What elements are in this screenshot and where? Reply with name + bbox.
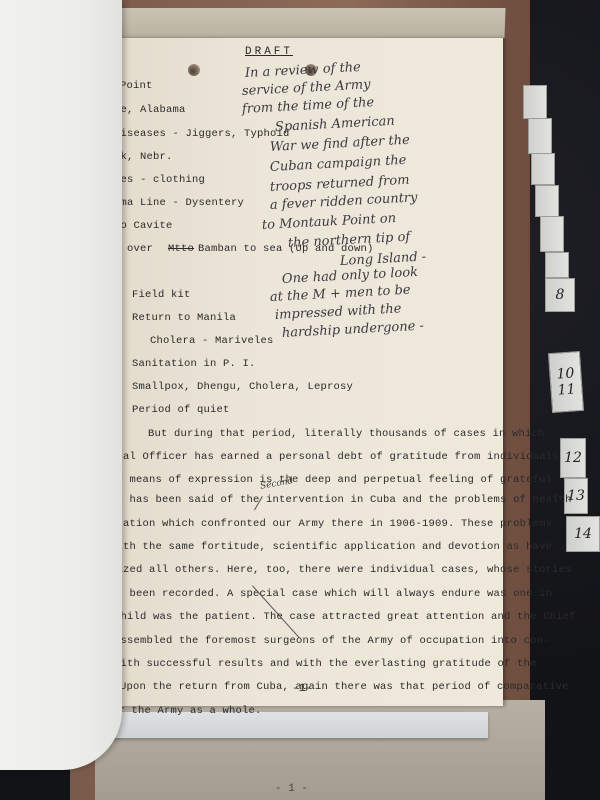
typed-line: ok, Nebr. bbox=[114, 151, 173, 163]
handwritten-note-line: Spanish American bbox=[275, 114, 395, 135]
typed-line: rized all others. Here, too, there were … bbox=[110, 564, 572, 576]
punch-hole bbox=[188, 64, 200, 76]
page-number: -1- bbox=[292, 683, 312, 695]
handwritten-note-line: War we find after the bbox=[270, 133, 410, 155]
folder-top-sheet bbox=[109, 8, 505, 38]
typed-line: le, Alabama bbox=[114, 104, 186, 116]
handwritten-note-line: to Montauk Point on bbox=[262, 211, 397, 233]
typed-line: to Cavite bbox=[114, 220, 173, 232]
typed-line: or the Army as a whole. bbox=[112, 705, 262, 717]
index-tab-blank-5[interactable] bbox=[540, 216, 564, 252]
typed-line: nes - clothing bbox=[114, 174, 205, 186]
typed-line: Field kit bbox=[132, 289, 191, 301]
struck-word: Mtto bbox=[168, 243, 194, 255]
index-tab-blank-3[interactable] bbox=[531, 153, 555, 185]
typed-line: Cholera - Mariveles bbox=[150, 335, 274, 347]
facing-page-curl bbox=[0, 0, 122, 770]
index-tab-14[interactable]: 14 bbox=[566, 516, 600, 552]
handwritten-note-line: the northern tip of bbox=[288, 230, 411, 251]
typed-line: child was the patient. The case attracte… bbox=[114, 611, 576, 623]
handwritten-note-line: hardship undergone - bbox=[282, 319, 425, 341]
typed-line: with the same fortitude, scientific appl… bbox=[110, 541, 552, 553]
typed-line: Period of quiet bbox=[132, 404, 230, 416]
index-tab-label: 12 bbox=[564, 450, 582, 466]
index-tab-blank-2[interactable] bbox=[528, 118, 552, 154]
typed-line: itation which confronted our Army there … bbox=[110, 518, 552, 530]
typed-line: Sanitation in P. I. bbox=[132, 358, 256, 370]
index-tab-12[interactable]: 12 bbox=[560, 438, 586, 478]
typed-line: But during that period, literally thousa… bbox=[148, 428, 545, 440]
index-tab-label: 14 bbox=[574, 526, 592, 542]
index-tab-blank-1[interactable] bbox=[523, 85, 547, 119]
index-tab-label: 10 bbox=[556, 365, 575, 382]
typed-line: assembled the foremost surgeons of the A… bbox=[114, 635, 550, 647]
index-tab-8[interactable]: 8 bbox=[545, 278, 575, 312]
typed-line: ly means of expression is the deep and p… bbox=[110, 474, 552, 486]
index-tab-label: 11 bbox=[557, 381, 576, 398]
typed-line: Diseases - Jiggers, Typhoid bbox=[114, 128, 290, 140]
draft-page: DRAFT Point le, Alabama Diseases - Jigge… bbox=[110, 38, 503, 706]
typed-line: ical Officer has earned a personal debt … bbox=[110, 451, 559, 463]
typed-line: Return to Manila bbox=[132, 312, 236, 324]
typed-line: Point bbox=[120, 80, 153, 92]
typed-line: Upon the return from Cuba, again there w… bbox=[120, 681, 569, 693]
index-tab-blank-6[interactable] bbox=[545, 252, 569, 278]
index-tab-10-11[interactable]: 1011 bbox=[548, 351, 584, 413]
handwritten-note-line: from the time of the bbox=[242, 95, 375, 117]
typed-line: Smallpox, Dhengu, Cholera, Leprosy bbox=[132, 381, 353, 393]
index-tab-blank-4[interactable] bbox=[535, 185, 559, 217]
draft-heading: DRAFT bbox=[245, 46, 293, 58]
handwritten-note-line: Cuban campaign the bbox=[270, 153, 407, 175]
underlying-page-number: - 1 - bbox=[275, 783, 308, 795]
index-tab-label: 8 bbox=[556, 287, 565, 303]
typed-line: le has been said of the intervention in … bbox=[110, 494, 572, 506]
typed-line: er been recorded. A special case which w… bbox=[110, 588, 552, 600]
bleed-through-text bbox=[16, 60, 26, 72]
typed-line: oma Line - Dysentery bbox=[114, 197, 244, 209]
typed-line: with successful results and with the eve… bbox=[114, 658, 537, 670]
